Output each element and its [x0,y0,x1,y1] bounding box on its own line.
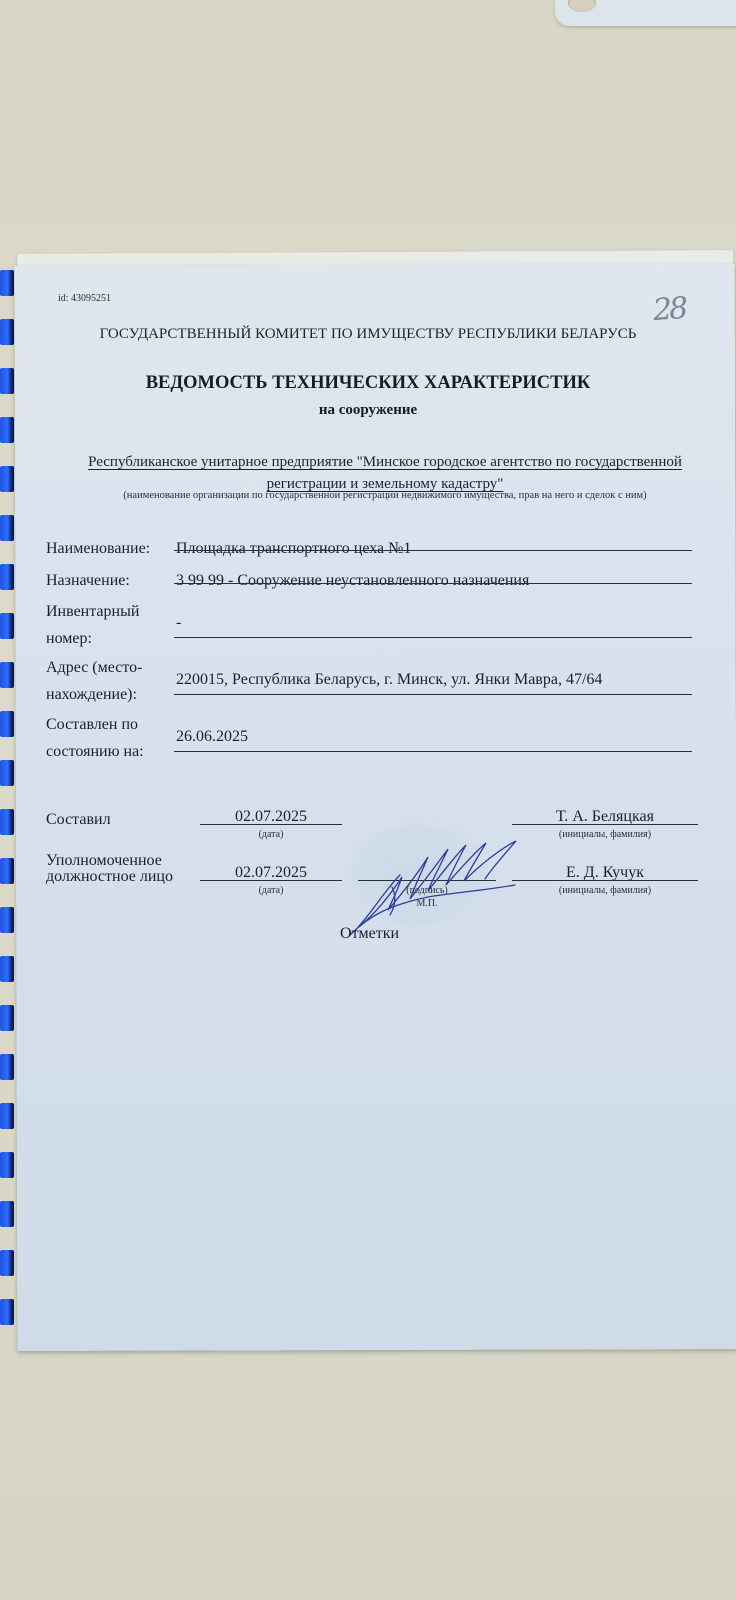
field-label-address: Адрес (место- нахождение): [46,657,142,706]
field-label-state-date: Составлен по состоянию на: [46,714,144,763]
official-label: Уполномоченное должностное лицо [46,853,173,885]
field-label-inventory: Инвентарный номер: [46,601,139,650]
binding-ring [0,760,14,786]
binding-ring [0,564,14,590]
field-underline [174,751,692,752]
spiral-binding [0,270,22,1350]
field-value-state-date: 26.06.2025 [176,728,248,746]
field-label-purpose: Назначение: [46,570,130,592]
compiled-date-caption: (дата) [200,829,342,840]
field-value-inventory: - [176,614,181,632]
binding-ring [0,1201,14,1227]
field-value-address: 220015, Республика Беларусь, г. Минск, у… [176,671,602,689]
binding-ring [0,613,14,639]
binding-ring [0,1103,14,1129]
binding-ring [0,270,14,296]
binding-ring [0,711,14,737]
binding-ring [0,1152,14,1178]
field-label-name: Наименование: [46,538,150,560]
official-date-caption: (дата) [200,885,342,896]
compiled-name-line [512,824,698,825]
binding-ring [0,1054,14,1080]
binding-ring [0,907,14,933]
binding-ring [0,1005,14,1031]
official-label-line2: должностное лицо [46,869,173,885]
remarks-label: Отметки [340,925,399,943]
compiled-by-label: Составил [46,812,111,828]
official-label-line1: Уполномоченное [46,853,173,869]
official-date-line [200,880,342,881]
binding-ring [0,1250,14,1276]
organization-line-1: Республиканское унитарное предприятие "М… [88,454,682,470]
binding-ring [0,515,14,541]
binding-ring [0,466,14,492]
field-label-address-line2: нахождение): [46,684,142,706]
binding-ring [0,809,14,835]
binding-ring [0,662,14,688]
field-underline [174,637,692,638]
field-label-state-date-line2: состоянию на: [46,741,144,763]
field-label-inventory-line2: номер: [46,628,139,650]
agency-header: ГОСУДАРСТВЕННЫЙ КОМИТЕТ ПО ИМУЩЕСТВУ РЕС… [0,326,736,343]
field-label-address-line1: Адрес (место- [46,657,142,679]
document-title: ВЕДОМОСТЬ ТЕХНИЧЕСКИХ ХАРАКТЕРИСТИК [0,373,736,394]
organization-caption: (наименование организации по государстве… [40,490,730,501]
document-subtitle: на сооружение [0,402,736,419]
field-value-purpose: 3 99 99 - Сооружение неустановленного на… [176,572,529,590]
field-underline [174,694,692,695]
binding-ring [0,956,14,982]
organization-name: Республиканское унитарное предприятие "М… [40,451,730,495]
field-label-state-date-line1: Составлен по [46,714,144,736]
field-underline [174,550,692,551]
binding-ring [0,417,14,443]
handwritten-page-number: 28 [652,291,687,328]
compiled-date-line [200,824,342,825]
document-id: id: 43095251 [58,293,111,304]
field-underline [174,583,692,584]
binding-ring [0,1299,14,1325]
field-label-inventory-line1: Инвентарный [46,601,139,623]
field-value-name: Площадка транспортного цеха №1 [176,540,411,558]
binding-ring [0,858,14,884]
